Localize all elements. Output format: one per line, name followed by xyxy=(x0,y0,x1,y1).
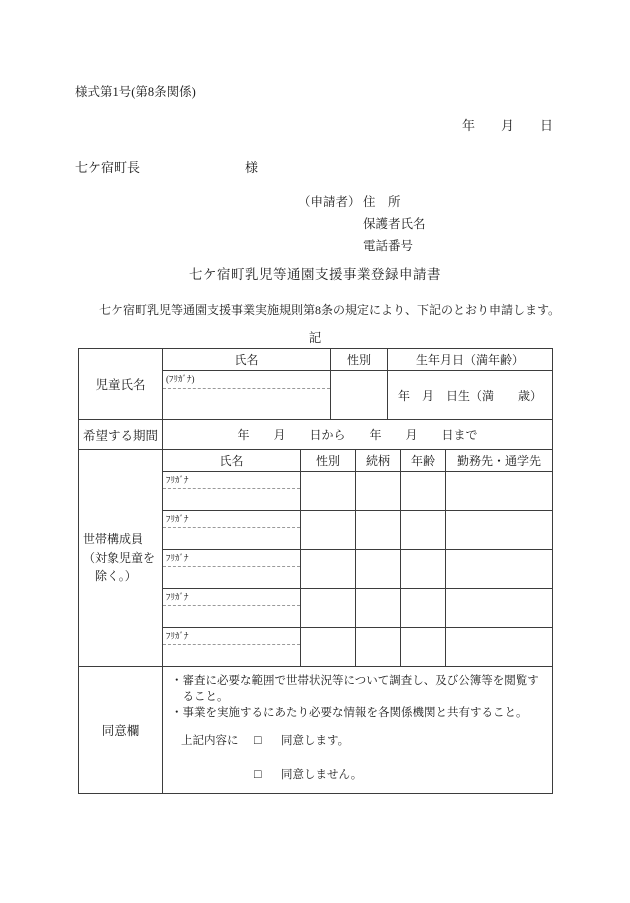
disagree-checkbox[interactable]: □ xyxy=(254,766,281,784)
household-workplace-header: 勤務先・通学先 xyxy=(446,450,553,472)
member-name-entry[interactable]: ﾌﾘｶﾞﾅ xyxy=(163,550,301,589)
agree-line: 上記内容に□同意します。 xyxy=(181,732,544,750)
period-section-table: 希望する期間 年 月 日から 年 月 日まで xyxy=(78,419,553,450)
household-row-label: 世帯構成員 （対象児童を 除く。） xyxy=(79,450,163,667)
member-furigana-label: ﾌﾘｶﾞﾅ xyxy=(163,628,300,645)
agree-checkbox[interactable]: □ xyxy=(254,732,281,750)
period-input-cell[interactable]: 年 月 日から 年 月 日まで xyxy=(163,420,553,450)
member-relation-cell[interactable] xyxy=(356,550,401,589)
child-name-header: 氏名 xyxy=(163,349,331,371)
member-name-entry[interactable]: ﾌﾘｶﾞﾅ xyxy=(163,472,301,511)
member-furigana-label: ﾌﾘｶﾞﾅ xyxy=(163,511,300,528)
member-age-cell[interactable] xyxy=(401,628,446,667)
child-sex-input-cell[interactable] xyxy=(331,371,388,420)
child-name-input-area[interactable] xyxy=(163,389,330,419)
child-birth-header: 生年月日（満年齢） xyxy=(388,349,553,371)
member-workplace-cell[interactable] xyxy=(446,550,553,589)
member-relation-cell[interactable] xyxy=(356,472,401,511)
consent-bullet-1: ・審査に必要な範囲で世帯状況等について調査し、及び公簿等を閲覧すること。 xyxy=(171,673,544,705)
document-title: 七ケ宿町乳児等通園支援事業登録申請書 xyxy=(0,263,630,283)
addressee: 七ケ宿町長 xyxy=(75,160,140,175)
member-name-entry[interactable]: ﾌﾘｶﾞﾅ xyxy=(163,589,301,628)
note-mark: 記 xyxy=(0,328,630,346)
member-sex-cell[interactable] xyxy=(301,589,356,628)
application-form-page: 様式第1号(第8条関係) 年 月 日 七ケ宿町長様 （申請者） 住 所 保護者氏… xyxy=(0,0,630,903)
member-name-input-area[interactable] xyxy=(163,489,300,510)
member-name-entry[interactable]: ﾌﾘｶﾞﾅ xyxy=(163,628,301,667)
member-relation-cell[interactable] xyxy=(356,628,401,667)
agree-prefix: 上記内容に xyxy=(181,733,254,749)
household-age-header: 年齢 xyxy=(401,450,446,472)
member-age-cell[interactable] xyxy=(401,511,446,550)
member-name-input-area[interactable] xyxy=(163,606,300,627)
household-relation-header: 続柄 xyxy=(356,450,401,472)
consent-section-table: 同意欄 ・審査に必要な範囲で世帯状況等について調査し、及び公簿等を閲覧すること。… xyxy=(78,666,553,794)
address-label: 住 所 xyxy=(363,191,401,213)
household-sex-header: 性別 xyxy=(301,450,356,472)
member-sex-cell[interactable] xyxy=(301,550,356,589)
applicant-block: （申請者） 住 所 保護者氏名 電話番号 xyxy=(298,191,426,257)
member-sex-cell[interactable] xyxy=(301,628,356,667)
disagree-label: 同意しません。 xyxy=(281,769,362,781)
member-workplace-cell[interactable] xyxy=(446,472,553,511)
household-name-header: 氏名 xyxy=(163,450,301,472)
child-sex-header: 性別 xyxy=(331,349,388,371)
phone-label: 電話番号 xyxy=(363,235,413,257)
member-sex-cell[interactable] xyxy=(301,472,356,511)
applicant-prefix: （申請者） xyxy=(298,191,363,213)
member-name-input-area[interactable] xyxy=(163,567,300,588)
child-birth-input-cell[interactable]: 年 月 日生（満 歳） xyxy=(388,371,553,420)
intro-sentence: 七ケ宿町乳児等通園支援事業実施規則第8条の規定により、下記のとおり申請します。 xyxy=(99,301,560,318)
member-furigana-label: ﾌﾘｶﾞﾅ xyxy=(163,472,300,489)
member-name-input-area[interactable] xyxy=(163,528,300,549)
member-age-cell[interactable] xyxy=(401,589,446,628)
consent-row-label: 同意欄 xyxy=(79,667,163,794)
child-row-label: 児童氏名 xyxy=(79,349,163,420)
member-age-cell[interactable] xyxy=(401,472,446,511)
child-furigana-label: (ﾌﾘｶﾞﾅ) xyxy=(163,371,330,389)
period-row-label: 希望する期間 xyxy=(79,420,163,450)
member-relation-cell[interactable] xyxy=(356,511,401,550)
member-age-cell[interactable] xyxy=(401,550,446,589)
member-workplace-cell[interactable] xyxy=(446,589,553,628)
guardian-name-label: 保護者氏名 xyxy=(363,213,426,235)
member-sex-cell[interactable] xyxy=(301,511,356,550)
honorific: 様 xyxy=(245,160,258,175)
child-name-entry[interactable]: (ﾌﾘｶﾞﾅ) xyxy=(163,371,331,420)
child-section-table: 児童氏名 氏名 性別 生年月日（満年齢） (ﾌﾘｶﾞﾅ) 年 月 日生（満 歳） xyxy=(78,348,553,420)
disagree-line: □同意しません。 xyxy=(181,766,544,784)
consent-content-cell: ・審査に必要な範囲で世帯状況等について調査し、及び公簿等を閲覧すること。 ・事業… xyxy=(163,667,553,794)
household-section-table: 世帯構成員 （対象児童を 除く。） 氏名 性別 続柄 年齢 勤務先・通学先 ﾌﾘ… xyxy=(78,449,553,667)
member-relation-cell[interactable] xyxy=(356,589,401,628)
consent-bullet-2: ・事業を実施するにあたり必要な情報を各関係機関と共有すること。 xyxy=(171,705,544,721)
date-line: 年 月 日 xyxy=(462,115,553,134)
member-workplace-cell[interactable] xyxy=(446,511,553,550)
member-workplace-cell[interactable] xyxy=(446,628,553,667)
member-furigana-label: ﾌﾘｶﾞﾅ xyxy=(163,550,300,567)
agree-label: 同意します。 xyxy=(281,735,349,747)
form-table: 児童氏名 氏名 性別 生年月日（満年齢） (ﾌﾘｶﾞﾅ) 年 月 日生（満 歳）… xyxy=(78,348,552,794)
member-furigana-label: ﾌﾘｶﾞﾅ xyxy=(163,589,300,606)
member-name-entry[interactable]: ﾌﾘｶﾞﾅ xyxy=(163,511,301,550)
member-name-input-area[interactable] xyxy=(163,645,300,666)
form-number: 様式第1号(第8条関係) xyxy=(75,82,196,100)
addressee-line: 七ケ宿町長様 xyxy=(75,157,258,176)
